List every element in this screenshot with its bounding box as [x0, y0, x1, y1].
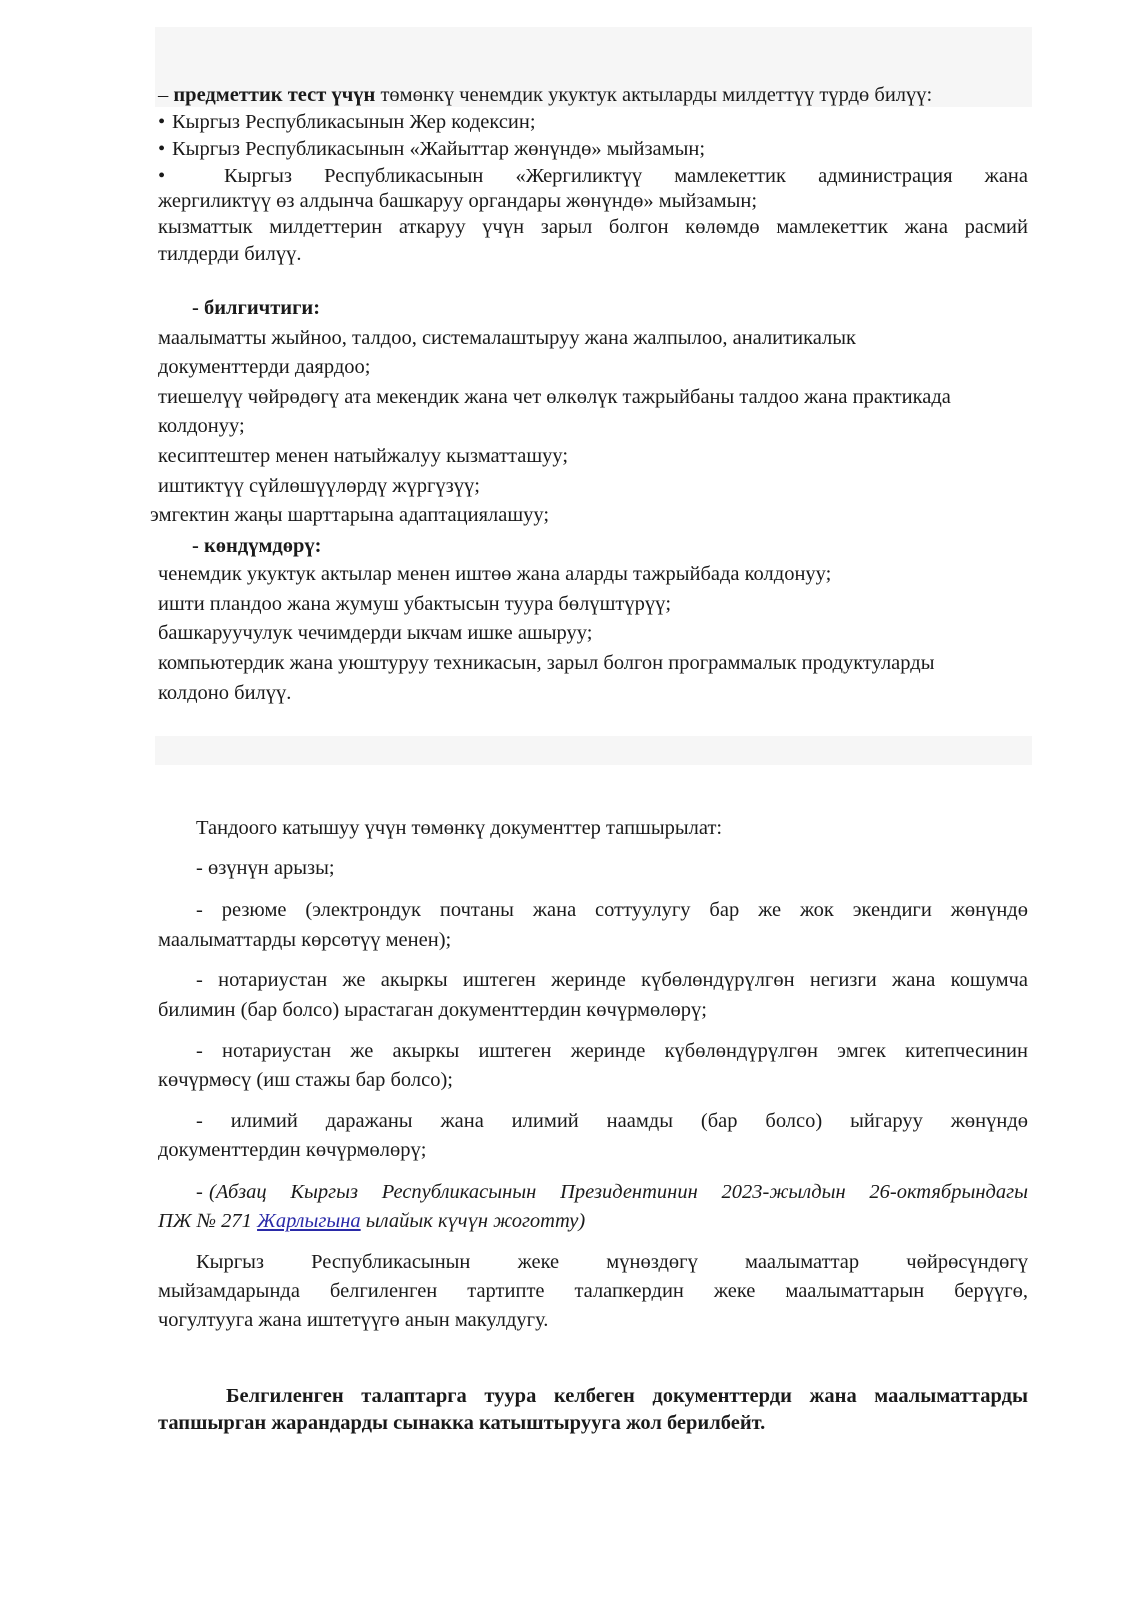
decree-link[interactable]: Жарлыгына	[257, 1210, 361, 1232]
gray-separator-block	[155, 736, 1032, 765]
intro-bold-text: предметтик тест үчүн	[173, 84, 375, 106]
document-item-continued: билимин (бар болсо) ырастаган документте…	[158, 998, 707, 1022]
document-item: - нотариустан же акыркы иштеген жеринде …	[196, 1039, 1028, 1063]
final-notice: Белгиленген талаптарга туура келбеген до…	[226, 1384, 1028, 1408]
law-text: Кыргыз Республикасынын Жер кодексин;	[172, 111, 536, 133]
amendment-dash: -	[196, 1180, 203, 1204]
ability-line: башкаруучулук чечимдерди ыкчам ишке ашыр…	[158, 621, 592, 645]
ability-line: компьютердик жана уюштуруу техникасын, з…	[158, 651, 934, 675]
law-text-continued: жергиликтүү өз алдынча башкаруу органдар…	[158, 189, 757, 213]
languages-requirement: кызматтык милдеттерин аткаруу үчүн зарыл…	[158, 215, 1028, 239]
amendment-note: (Абзац Кыргыз Республикасынын Президенти…	[209, 1180, 1028, 1204]
amendment-suffix: ылайык күчүн жоготту)	[366, 1210, 585, 1232]
consent-text-continued: мыйзамдарында белгиленген тартипте талап…	[158, 1279, 1028, 1303]
intro-dash: –	[158, 84, 168, 106]
document-item: - илимий даражаны жана илимий наамды (ба…	[196, 1109, 1028, 1133]
intro-text: төмөнкү ченемдик укуктук актыларды милде…	[380, 84, 932, 106]
law-item: •Кыргыз Республикасынын Жер кодексин;	[158, 110, 536, 134]
law-item-bullet: •	[158, 164, 172, 188]
skill-line: эмгектин жаңы шарттарына адаптациялашуу;	[150, 503, 549, 527]
subject-test-intro: – предметтик тест үчүн төмөнкү ченемдик …	[158, 83, 932, 107]
languages-requirement-continued: тилдерди билүү.	[158, 242, 301, 266]
document-item: - өзүнүн арызы;	[196, 856, 335, 880]
document-item: - нотариустан же акыркы иштеген жеринде …	[196, 968, 1028, 992]
skill-line: маалыматты жыйноо, талдоо, системалаштыр…	[158, 326, 856, 350]
bullet-icon: •	[158, 137, 172, 161]
skill-line: документтерди даярдоо;	[158, 355, 370, 379]
decree-number: ПЖ № 271	[158, 1210, 252, 1232]
skills-heading: - билгичтиги:	[192, 296, 320, 320]
consent-text: Кыргыз Республикасынын жеке мүнөздөгү ма…	[196, 1250, 1028, 1274]
abilities-heading: - көндүмдөрү:	[192, 534, 322, 558]
ability-line: колдоно билүү.	[158, 681, 291, 705]
documents-intro: Тандоого катышуу үчүн төмөнкү документте…	[196, 816, 722, 840]
document-item: - резюме (электрондук почтаны жана сотту…	[196, 898, 1028, 922]
skill-line: тиешелүү чөйрөдөгү ата мекендик жана чет…	[158, 385, 951, 409]
skill-line: иштиктүү сүйлөшүүлөрдү жүргүзүү;	[158, 474, 480, 498]
law-text: Кыргыз Республикасынын «Жергиликтүү мамл…	[224, 164, 1028, 188]
skill-line: кесиптештер менен натыйжалуу кызматташуу…	[158, 444, 568, 468]
consent-text-end: чогултууга жана иштетүүгө анын макулдугу…	[158, 1308, 548, 1332]
document-item-continued: документтердин көчүрмөлөрү;	[158, 1138, 426, 1162]
bullet-icon: •	[158, 110, 172, 134]
final-notice-continued: тапшырган жарандарды сынакка катыштырууг…	[158, 1411, 765, 1435]
document-item-continued: көчүрмөсү (иш стажы бар болсо);	[158, 1068, 453, 1092]
document-item-continued: маалыматтарды көрсөтүү менен);	[158, 928, 451, 952]
law-text: Кыргыз Республикасынын «Жайыттар жөнүндө…	[172, 138, 705, 160]
ability-line: ишти пландоо жана жумуш убактысын туура …	[158, 592, 671, 616]
skill-line: колдонуу;	[158, 414, 245, 438]
amendment-note-continued: ПЖ № 271 Жарлыгына ылайык күчүн жоготту)	[158, 1209, 585, 1233]
law-item: •Кыргыз Республикасынын «Жайыттар жөнүнд…	[158, 137, 705, 161]
bullet-icon: •	[158, 164, 172, 188]
ability-line: ченемдик укуктук актылар менен иштөө жан…	[158, 562, 831, 586]
